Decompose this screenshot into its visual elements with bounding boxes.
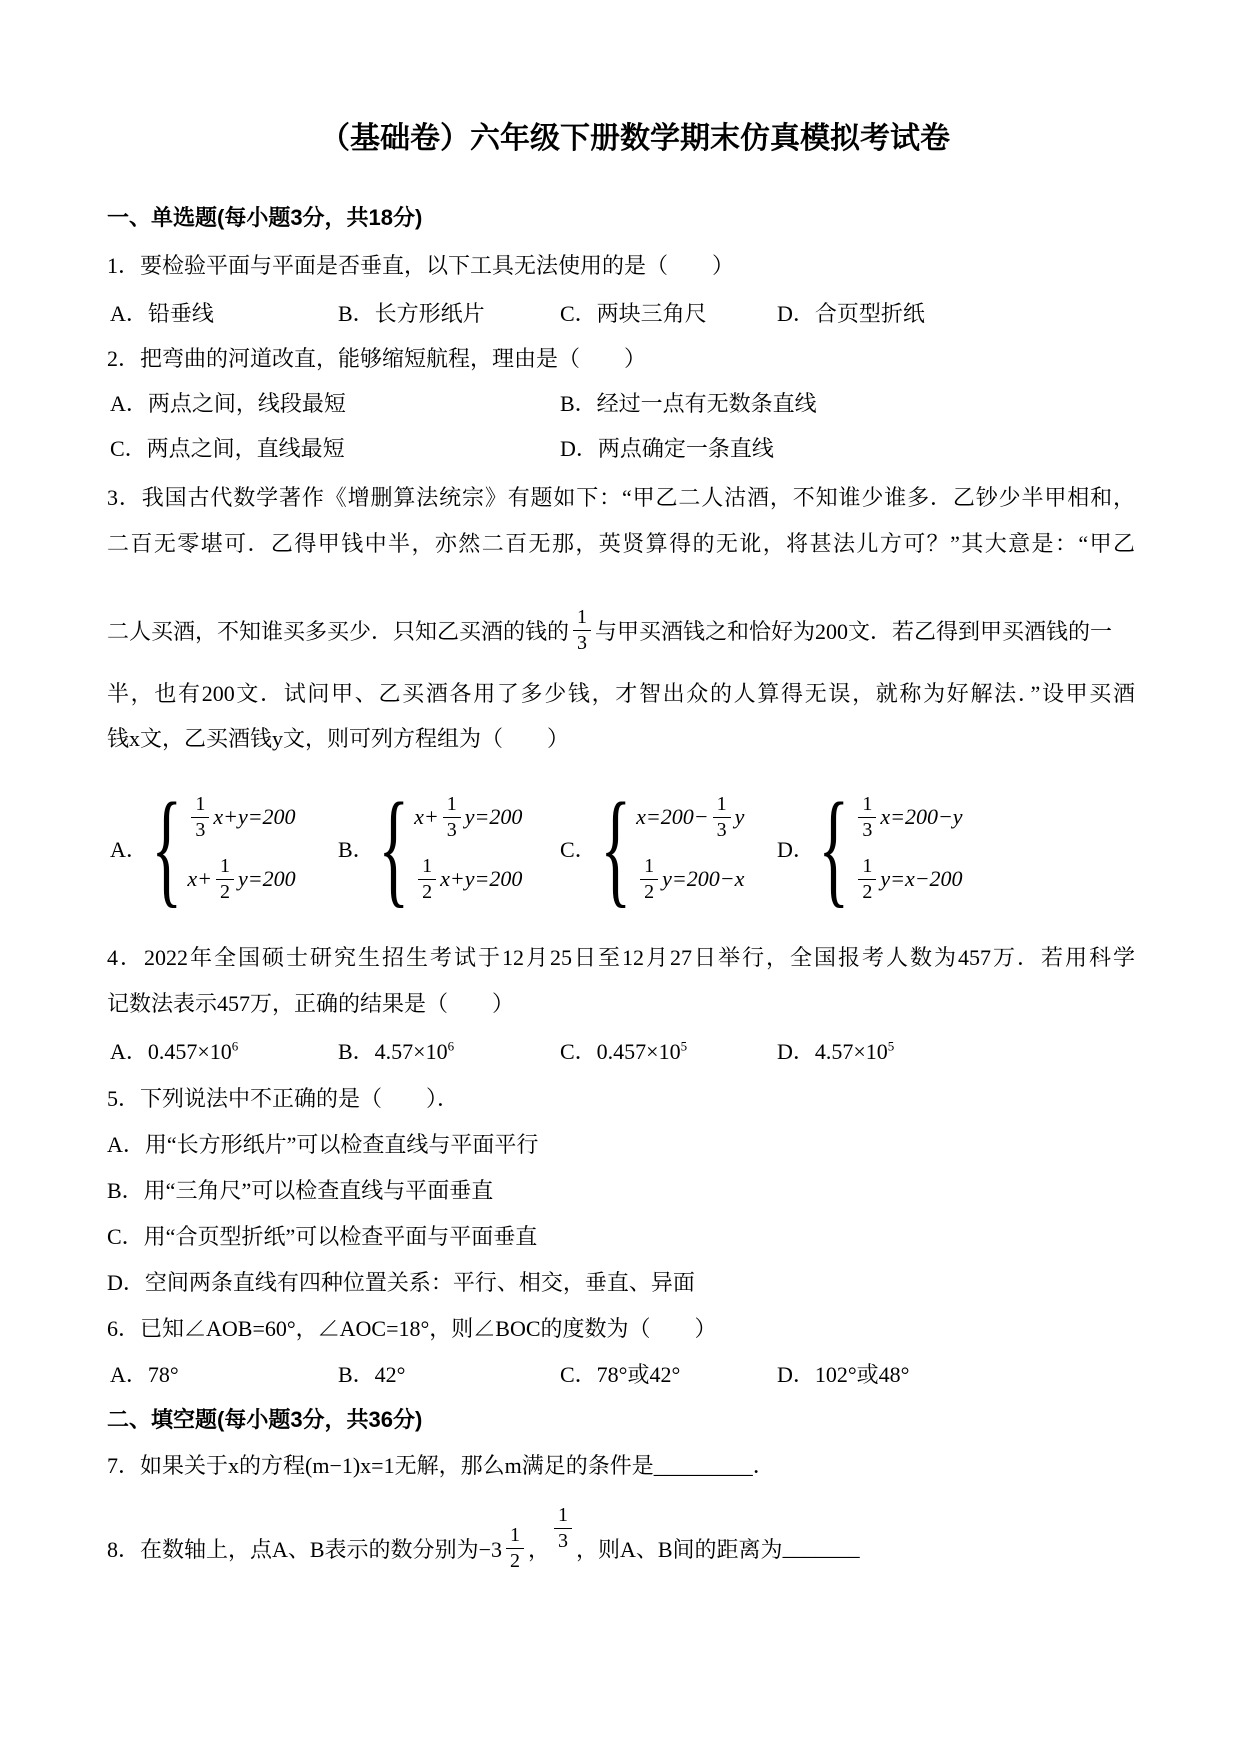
- q1-option-a: A．铅垂线: [110, 291, 338, 336]
- equation-line: 13 x+y=200: [187, 786, 295, 848]
- exponent: 6: [232, 1039, 239, 1054]
- q4-option-b: B．4.57×106: [338, 1029, 560, 1074]
- q2-option-c: C．两点之间，直线最短: [110, 426, 560, 471]
- exponent: 5: [681, 1039, 688, 1054]
- q3-equation-options: A． { 13 x+y=200 x+ 12 y=200 B．: [110, 778, 1135, 918]
- q1-option-d: D．合页型折纸: [777, 291, 1135, 336]
- q3-line3-post: 与甲买酒钱之和恰好为200文．若乙得到甲买酒钱的一: [595, 615, 1112, 646]
- cases-brace: {: [378, 783, 409, 913]
- q6-option-c: C．78°或42°: [560, 1352, 777, 1397]
- q1-option-c: C．两块三角尺: [560, 291, 777, 336]
- fraction: 13: [443, 792, 461, 843]
- answer-blank: _________: [654, 1453, 753, 1478]
- q3-line3-pre: 二人买酒，不知谁买多买少．只知乙买酒的钱的: [107, 615, 569, 646]
- q3-system-c: C． { x=200− 13 y 12 y=200−x: [560, 778, 777, 918]
- q5-option-a: A．用“长方形纸片”可以检查直线与平面平行: [107, 1122, 1135, 1168]
- fraction: 13: [191, 792, 209, 843]
- exam-page: （基础卷）六年级下册数学期末仿真模拟考试卷 一、单选题(每小题3分，共18分) …: [0, 0, 1241, 1598]
- fraction: 13: [858, 792, 876, 843]
- q5-stem: 5．下列说法中不正确的是（ ）．: [107, 1076, 1135, 1121]
- question-4: 4．2022年全国硕士研究生招生考试于12月25日至12月27日举行，全国报考人…: [107, 935, 1135, 1074]
- q8-seg2: ，: [528, 1533, 550, 1564]
- q2-stem: 2．把弯曲的河道改直，能够缩短航程，理由是（ ）: [107, 336, 1135, 381]
- q3-system-d: D． { 13 x=200−y 12 y=x−200: [777, 778, 1135, 918]
- q6-option-d: D．102°或48°: [777, 1352, 1135, 1397]
- question-7: 7．如果关于x的方程(m−1)x=1无解，那么m满足的条件是_________．: [107, 1443, 1135, 1488]
- equation-line: x+ 13 y=200: [414, 786, 522, 848]
- cases-brace: {: [600, 783, 631, 913]
- q5-option-c: C．用“合页型折纸”可以检查平面与平面垂直: [107, 1214, 1135, 1260]
- section2-heading: 二、填空题(每小题3分，共36分): [107, 1397, 1135, 1442]
- question-5: 5．下列说法中不正确的是（ ）． A．用“长方形纸片”可以检查直线与平面平行 B…: [107, 1076, 1135, 1306]
- q8-seg3: ，则A、B间的距离为: [576, 1533, 783, 1564]
- question-6: 6．已知∠AOB=60°，∠AOC=18°，则∠BOC的度数为（ ） A．78°…: [107, 1306, 1135, 1397]
- equation-line: x+ 12 y=200: [187, 848, 295, 910]
- page-title: （基础卷）六年级下册数学期末仿真模拟考试卷: [121, 0, 1149, 160]
- q1-option-b: B．长方形纸片: [338, 291, 560, 336]
- q4-line2: 记数法表示457万，正确的结果是（ ）: [107, 981, 1135, 1026]
- q3-system-a: A． { 13 x+y=200 x+ 12 y=200: [110, 778, 338, 918]
- q4-option-a: A．0.457×106: [110, 1029, 338, 1074]
- q6-option-a: A．78°: [110, 1352, 338, 1397]
- q6-stem: 6．已知∠AOB=60°，∠AOC=18°，则∠BOC的度数为（ ）: [107, 1306, 1135, 1351]
- fraction-one-third: 1 3: [554, 1503, 572, 1554]
- q3-line3: 二人买酒，不知谁买多买少．只知乙买酒的钱的 1 3 与甲买酒钱之和恰好为200文…: [107, 595, 1135, 665]
- fraction: 13: [713, 792, 731, 843]
- q3-line4: 半，也有200文．试问甲、乙买酒各用了多少钱，才智出众的人算得无误，就称为好解法…: [107, 671, 1135, 716]
- fraction: 12: [216, 854, 234, 905]
- q3-line2: 二百无零堪可．乙得甲钱中半，亦然二百无那，英贤算得的无讹，将甚法儿方可？”其大意…: [107, 521, 1135, 566]
- equation-line: x=200− 13 y: [636, 786, 744, 848]
- q4-option-c: C．0.457×105: [560, 1029, 777, 1074]
- q1-stem: 1．要检验平面与平面是否垂直，以下工具无法使用的是（ ）: [107, 243, 1135, 288]
- exponent: 5: [888, 1039, 895, 1054]
- q2-option-a: A．两点之间，线段最短: [110, 381, 560, 426]
- question-3: 3．我国古代数学著作《增删算法统宗》有题如下：“甲乙二人沽酒，不知谁少谁多．乙钞…: [107, 475, 1135, 918]
- q6-options: A．78° B．42° C．78°或42° D．102°或48°: [110, 1352, 1135, 1397]
- section1-heading: 一、单选题(每小题3分，共18分): [107, 195, 1135, 240]
- q7-period: ．: [753, 1453, 775, 1478]
- q3-line1: 3．我国古代数学著作《增删算法统宗》有题如下：“甲乙二人沽酒，不知谁少谁多．乙钞…: [107, 475, 1135, 520]
- q3-system-b: B． { x+ 13 y=200 12 x+y=200: [338, 778, 560, 918]
- cases-brace: {: [818, 783, 849, 913]
- q3-system-a-label: A．: [110, 833, 148, 864]
- fraction-one-third: 1 3: [573, 605, 591, 656]
- q1-options: A．铅垂线 B．长方形纸片 C．两块三角尺 D．合页型折纸: [110, 291, 1135, 336]
- q3-system-d-label: D．: [777, 833, 815, 864]
- fraction: 12: [640, 854, 658, 905]
- equation-line: 12 y=200−x: [636, 848, 744, 910]
- q3-system-c-label: C．: [560, 833, 597, 864]
- q8-seg1: 8．在数轴上，点A、B表示的数分别为−3: [107, 1533, 502, 1564]
- q2-options-row2: C．两点之间，直线最短 D．两点确定一条直线: [110, 426, 1135, 471]
- fraction: 12: [418, 854, 436, 905]
- q3-line5: 钱x文，乙买酒钱y文，则可列方程组为（ ）: [107, 716, 1135, 761]
- equation-line: 13 x=200−y: [854, 786, 962, 848]
- q4-options: A．0.457×106 B．4.57×106 C．0.457×105 D．4.5…: [110, 1029, 1135, 1074]
- cases-brace: {: [151, 783, 182, 913]
- q2-options-row1: A．两点之间，线段最短 B．经过一点有无数条直线: [110, 381, 1135, 426]
- q5-option-b: B．用“三角尺”可以检查直线与平面垂直: [107, 1168, 1135, 1214]
- q2-option-b: B．经过一点有无数条直线: [560, 381, 1135, 426]
- q2-option-d: D．两点确定一条直线: [560, 426, 1135, 471]
- q3-system-b-label: B．: [338, 833, 375, 864]
- equation-line: 12 y=x−200: [854, 848, 962, 910]
- q6-option-b: B．42°: [338, 1352, 560, 1397]
- q4-option-d: D．4.57×105: [777, 1029, 1135, 1074]
- question-2: 2．把弯曲的河道改直，能够缩短航程，理由是（ ） A．两点之间，线段最短 B．经…: [107, 336, 1135, 471]
- question-8: 8．在数轴上，点A、B表示的数分别为−3 1 2 ， 1 3 ，则A、B间的距离…: [107, 1498, 1135, 1598]
- q5-option-d: D．空间两条直线有四种位置关系：平行、相交，垂直、异面: [107, 1260, 1135, 1306]
- equation-line: 12 x+y=200: [414, 848, 522, 910]
- q4-line1: 4．2022年全国硕士研究生招生考试于12月25日至12月27日举行，全国报考人…: [107, 935, 1135, 980]
- exponent: 6: [448, 1039, 455, 1054]
- question-1: 1．要检验平面与平面是否垂直，以下工具无法使用的是（ ） A．铅垂线 B．长方形…: [107, 243, 1135, 336]
- fraction: 12: [858, 854, 876, 905]
- q7-stem: 7．如果关于x的方程(m−1)x=1无解，那么m满足的条件是: [107, 1453, 654, 1478]
- answer-blank: _______: [783, 1535, 860, 1561]
- fraction-one-half: 1 2: [506, 1523, 524, 1574]
